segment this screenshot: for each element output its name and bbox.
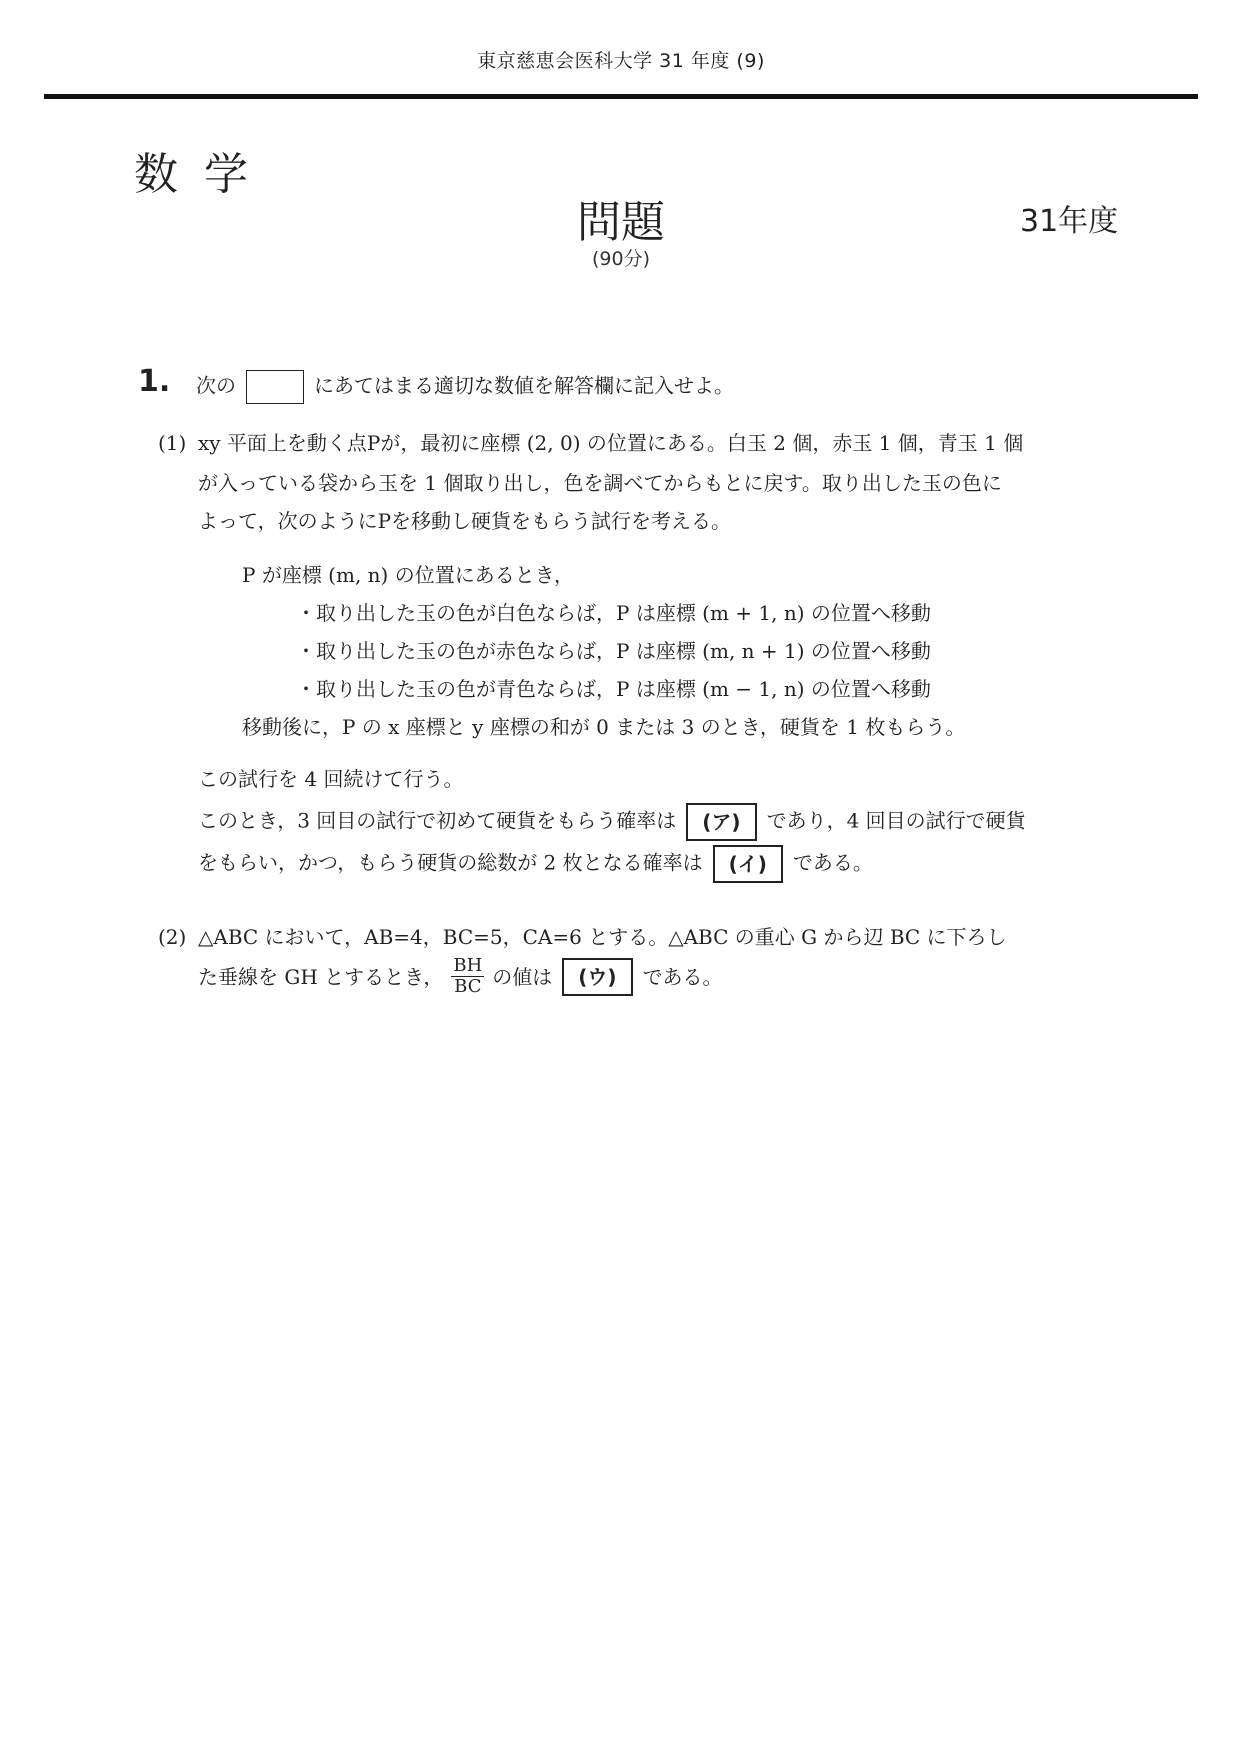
question-b-pre: をもらい，かつ，もらう硬貨の総数が 2 枚となる確率は (198, 851, 703, 875)
fraction-bh-bc: BH BC (451, 956, 484, 997)
question-a-pre: このとき，3 回目の試行で初めて硬貨をもらう確率は (198, 809, 676, 833)
question-number: 1. (138, 364, 170, 399)
answer-box-a: (ア) (686, 803, 756, 841)
fraction-denominator: BC (454, 977, 481, 997)
header-divider (44, 94, 1198, 99)
answer-box-b: (イ) (713, 845, 783, 883)
exam-year: 31年度 (1020, 196, 1118, 240)
part2-line-2-post: である。 (643, 962, 723, 992)
instruction-post: にあてはまる適切な数値を解答欄に記入せよ。 (314, 374, 734, 398)
running-head: 東京慈恵会医科大学 31 年度 (9) (0, 46, 1242, 73)
part2-line-2-mid: の値は (492, 962, 552, 992)
question-a: このとき，3 回目の試行で初めて硬貨をもらう確率は(ア)であり，4 回目の試行で… (198, 803, 1026, 841)
instruction-pre: 次の (196, 374, 236, 398)
time-limit: (90分) (0, 244, 1242, 271)
rule-coin: 移動後に，P の x 座標と y 座標の和が 0 または 3 のとき，硬貨を 1… (242, 712, 965, 742)
part2-line-1: △ABC において，AB=4，BC=5，CA=6 とする。△ABC の重心 G … (198, 922, 1007, 952)
rule-red: ・取り出した玉の色が赤色ならば，P は座標 (m, n + 1) の位置へ移動 (296, 636, 931, 666)
part1-label: (1) (158, 428, 186, 458)
part1-line-1: xy 平面上を動く点Pが，最初に座標 (2, 0) の位置にある。白玉 2 個，… (198, 428, 1023, 458)
blank-box-sample (246, 370, 304, 404)
answer-box-c: (ウ) (562, 958, 632, 996)
repeat-text: この試行を 4 回続けて行う。 (198, 764, 463, 794)
question-b-post: である。 (793, 851, 873, 875)
part2-line-2-pre: た垂線を GH とするとき， (198, 962, 443, 992)
fraction-numerator: BH (451, 956, 484, 977)
question-b: をもらい，かつ，もらう硬貨の総数が 2 枚となる確率は(イ)である。 (198, 845, 873, 883)
question-a-post: であり，4 回目の試行で硬貨 (767, 809, 1026, 833)
rule-blue: ・取り出した玉の色が青色ならば，P は座標 (m − 1, n) の位置へ移動 (296, 674, 931, 704)
rule-intro: P が座標 (m, n) の位置にあるとき， (242, 560, 574, 590)
part2-line-2: た垂線を GH とするとき， BH BC の値は (ウ) である。 (198, 956, 723, 997)
part1-line-3: よって，次のようにPを移動し硬貨をもらう試行を考える。 (198, 506, 731, 536)
part1-line-2: が入っている袋から玉を 1 個取り出し，色を調べてからもとに戻す。取り出した玉の… (198, 468, 1002, 498)
part2-label: (2) (158, 922, 186, 952)
question-instruction: 次のにあてはまる適切な数値を解答欄に記入せよ。 (196, 370, 734, 404)
rule-white: ・取り出した玉の色が白色ならば，P は座標 (m + 1, n) の位置へ移動 (296, 598, 931, 628)
